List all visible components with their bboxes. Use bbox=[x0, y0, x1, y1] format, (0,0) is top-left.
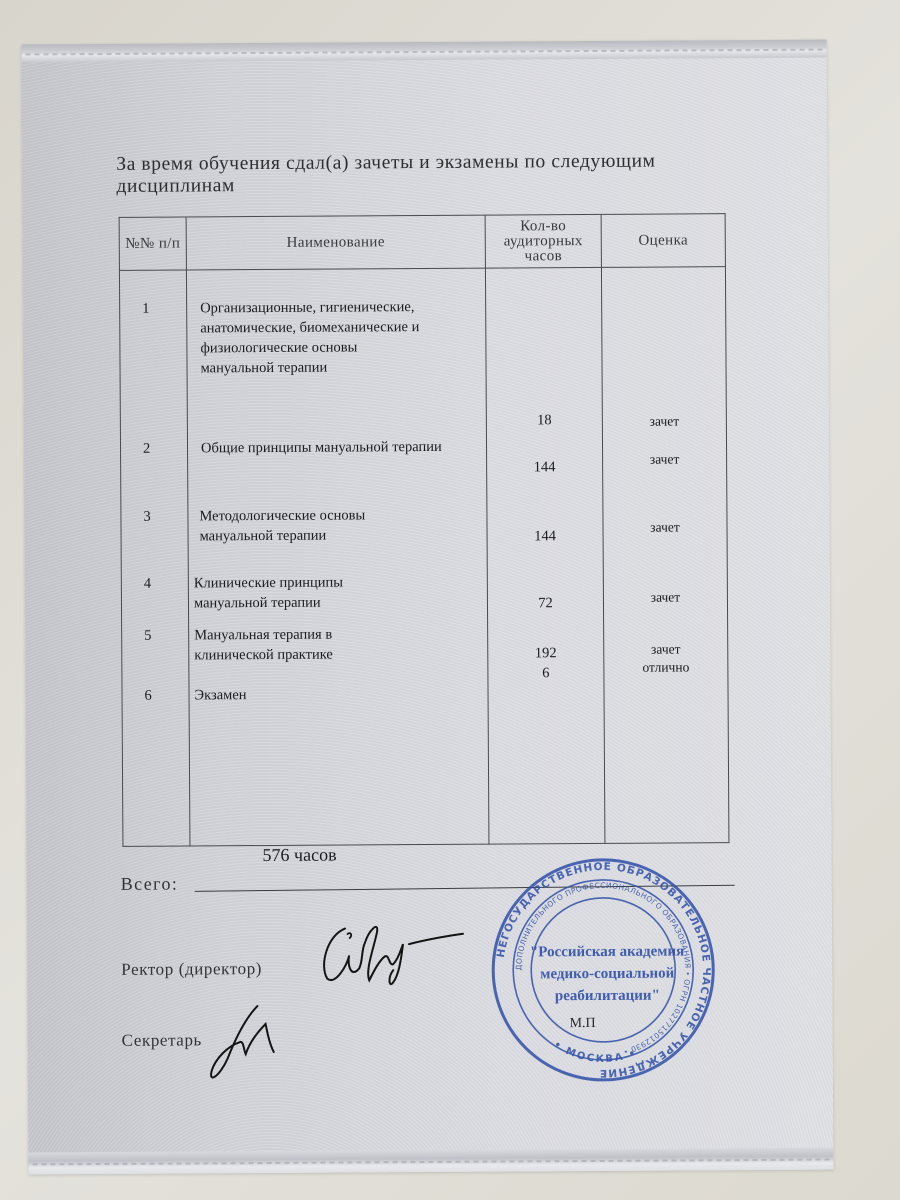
row-grade: зачет bbox=[604, 587, 727, 608]
row-number: 2 bbox=[143, 439, 150, 459]
row-hours: 144 bbox=[487, 457, 602, 478]
header-number: №№ п/п bbox=[119, 217, 186, 270]
row-number: 5 bbox=[144, 626, 151, 646]
row-name: Методологические основы мануальной терап… bbox=[199, 505, 419, 546]
svg-text:• МОСКВА •: • МОСКВА • bbox=[551, 1039, 639, 1066]
stamp-center-line-1: "Российская академия bbox=[530, 943, 684, 960]
name-column: Организационные, гигиенические, анатомич… bbox=[186, 268, 489, 846]
rector-label: Ректор (директор) bbox=[121, 959, 262, 980]
grade-column: зачет зачет зачет зачет зачет отлично bbox=[601, 267, 729, 844]
total-label: Всего: bbox=[121, 874, 179, 895]
row-name: Экзамен bbox=[194, 684, 444, 706]
row-name: Организационные, гигиенические, анатомич… bbox=[200, 297, 430, 378]
table-body-row: 1 2 3 4 5 6 Организационные, гигиеническ… bbox=[119, 267, 729, 847]
row-number: 6 bbox=[144, 686, 151, 706]
header-name: Наименование bbox=[186, 215, 485, 270]
total-hours-value: 576 часов bbox=[262, 845, 336, 866]
row-name: Общие принципы мануальной терапии bbox=[201, 437, 451, 459]
row-name: Клинические принципы мануальной терапии bbox=[194, 572, 404, 613]
stamp-city-text: • МОСКВА • bbox=[551, 1039, 639, 1066]
stamp-center-line-3: реабилитации" bbox=[555, 988, 660, 1005]
disciplines-table: №№ п/п Наименование Кол-во аудиторных ча… bbox=[119, 213, 730, 847]
header-grade: Оценка bbox=[601, 214, 725, 268]
organization-stamp-icon: НЕГОСУДАРСТВЕННОЕ ОБРАЗОВАТЕЛЬНОЕ ЧАСТНО… bbox=[489, 855, 718, 1084]
row-grade: отлично bbox=[604, 657, 727, 678]
row-hours: 18 bbox=[487, 410, 602, 431]
row-hours: 72 bbox=[488, 593, 603, 614]
row-number: 1 bbox=[142, 299, 149, 319]
row-grade: зачет bbox=[603, 411, 726, 432]
row-hours: 6 bbox=[488, 663, 603, 684]
hours-column: 18 144 144 72 192 6 bbox=[485, 267, 605, 844]
row-name: Мануальная терапия в клинической практик… bbox=[194, 624, 394, 665]
row-number: 3 bbox=[143, 507, 150, 527]
secretary-signature-icon bbox=[187, 998, 298, 1089]
page-top-edge-band bbox=[22, 40, 827, 63]
certificate-page: За время обучения сдал(а) зачеты и экзам… bbox=[22, 40, 834, 1175]
row-hours: 192 bbox=[488, 643, 603, 664]
number-column: 1 2 3 4 5 6 bbox=[119, 270, 190, 846]
page-bottom-edge-band bbox=[28, 1148, 833, 1175]
table-header-row: №№ п/п Наименование Кол-во аудиторных ча… bbox=[119, 214, 725, 271]
rector-signature-icon bbox=[317, 910, 477, 991]
row-grade: зачет bbox=[603, 449, 726, 470]
page-heading: За время обучения сдал(а) зачеты и экзам… bbox=[116, 150, 756, 198]
stamp-center-line-2: медико-социальной bbox=[540, 965, 675, 982]
row-number: 4 bbox=[144, 574, 151, 594]
row-grade: зачет bbox=[603, 517, 726, 538]
row-hours: 144 bbox=[488, 526, 603, 547]
header-hours: Кол-во аудиторных часов bbox=[485, 214, 601, 268]
seal-place-label: М.П bbox=[570, 1016, 596, 1032]
